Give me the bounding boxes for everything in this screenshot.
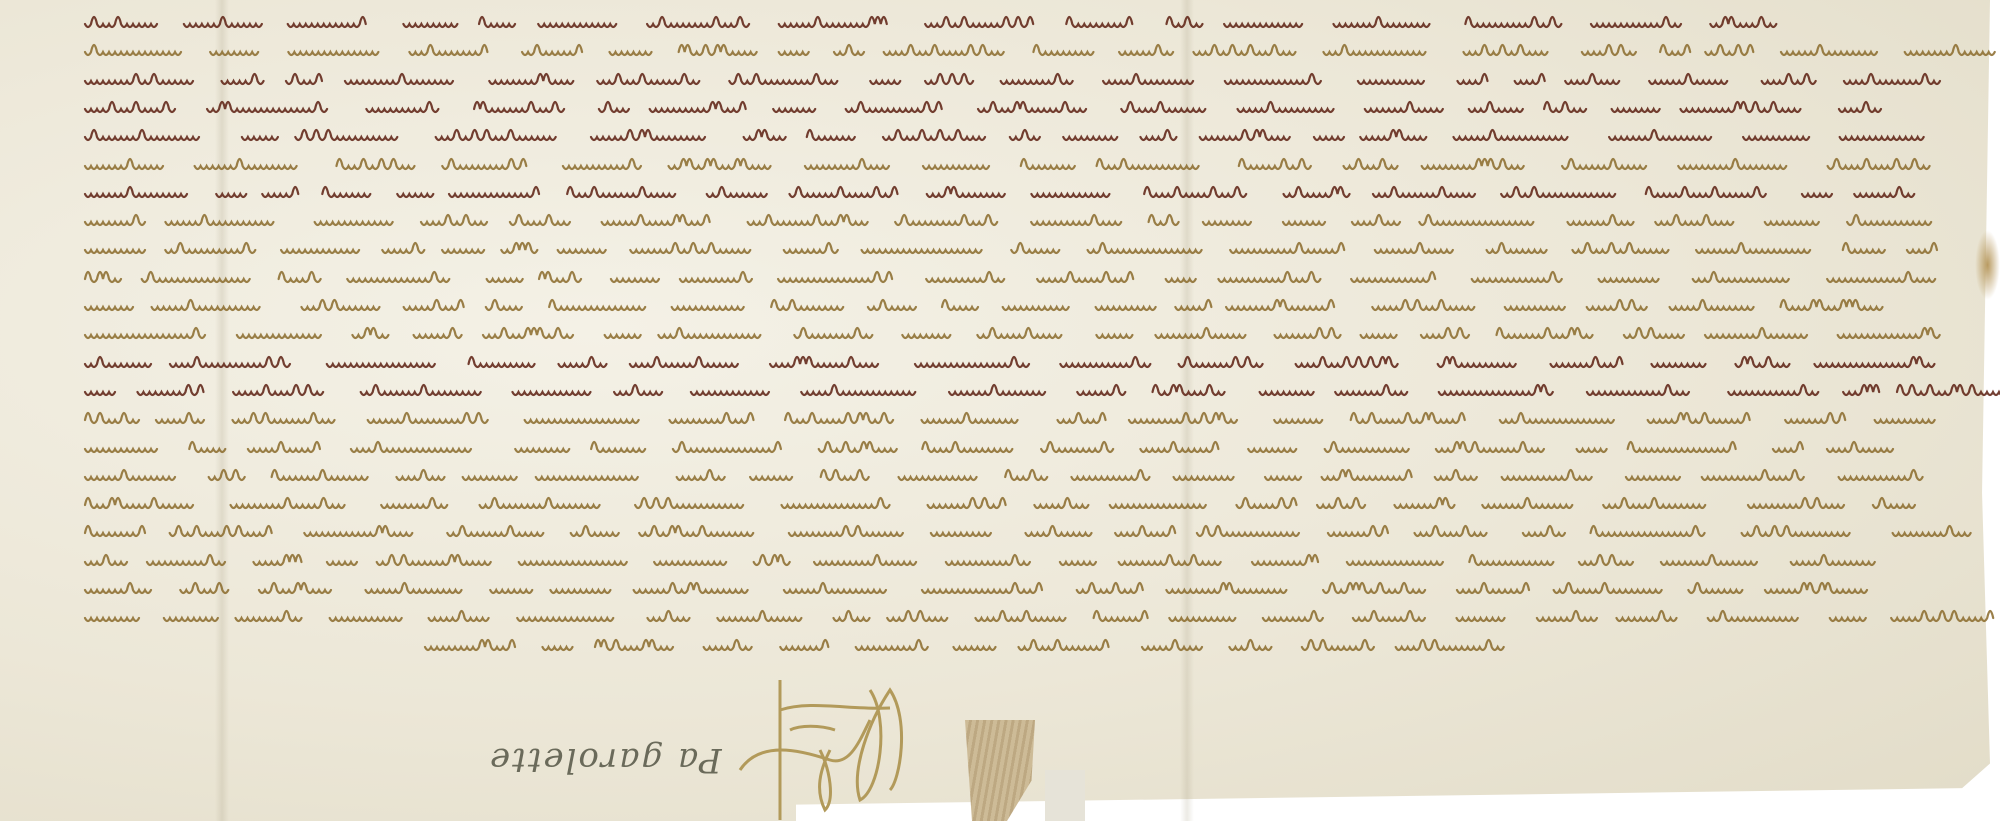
text-line (85, 93, 1916, 117)
text-line (85, 404, 1931, 428)
text-line (85, 376, 1922, 400)
charter-text (85, 8, 1955, 668)
text-line (85, 517, 1932, 541)
text-line (85, 602, 1911, 626)
stain (1975, 230, 2000, 300)
text-line (85, 234, 1932, 258)
text-line (85, 178, 1915, 202)
notarial-signature (720, 680, 960, 820)
text-line (85, 574, 1910, 598)
text-line (85, 65, 1913, 89)
text-line (85, 461, 1921, 485)
text-line (85, 8, 1735, 32)
text-line (85, 546, 1915, 570)
text-line (85, 150, 1917, 174)
text-line (85, 489, 1901, 513)
text-line (425, 631, 1525, 655)
text-line (85, 263, 1900, 287)
text-line (85, 433, 1932, 457)
text-line (85, 319, 1902, 343)
text-line (85, 206, 1906, 230)
seal-tag (965, 720, 1035, 821)
text-line (85, 36, 1930, 60)
text-line (85, 291, 1906, 315)
text-line (85, 121, 1907, 145)
text-line (85, 348, 1898, 372)
seal-tag-strip (1045, 770, 1085, 821)
dorsal-annotation: Pa garolette (488, 740, 722, 780)
